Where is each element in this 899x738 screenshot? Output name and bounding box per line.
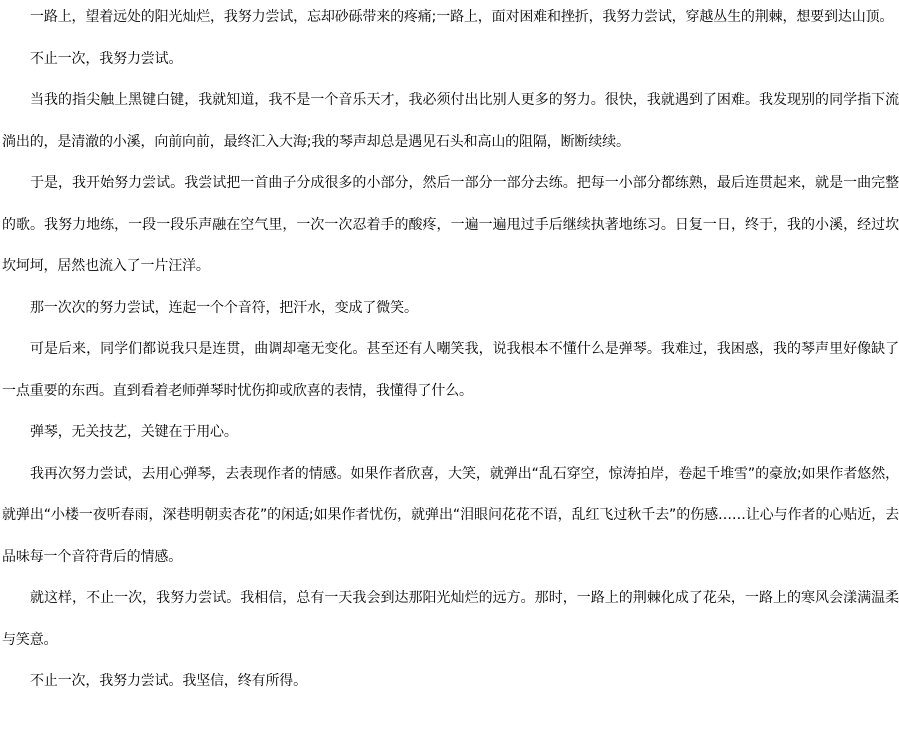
paragraph-4: 于是，我开始努力尝试。我尝试把一首曲子分成很多的小部分，然后一部分一部分去练。把… xyxy=(2,163,899,288)
paragraph-6: 可是后来，同学们都说我只是连贯，曲调却毫无变化。甚至还有人嘲笑我，说我根本不懂什… xyxy=(2,329,899,412)
paragraph-3: 当我的指尖触上黑键白键，我就知道，我不是一个音乐天才，我必须付出比别人更多的努力… xyxy=(2,80,899,163)
paragraph-9: 就这样，不止一次，我努力尝试。我相信，总有一天我会到达那阳光灿烂的远方。那时，一… xyxy=(2,578,899,661)
paragraph-10: 不止一次，我努力尝试。我坚信，终有所得。 xyxy=(2,661,899,703)
paragraph-1: 一路上，望着远处的阳光灿烂，我努力尝试，忘却砂砾带来的疼痛;一路上，面对困难和挫… xyxy=(2,0,899,39)
paragraph-7: 弹琴，无关技艺，关键在于用心。 xyxy=(2,412,899,454)
paragraph-5: 那一次次的努力尝试，连起一个个音符，把汗水，变成了微笑。 xyxy=(2,288,899,330)
paragraph-2: 不止一次，我努力尝试。 xyxy=(2,39,899,81)
essay-document: 一路上，望着远处的阳光灿烂，我努力尝试，忘却砂砾带来的疼痛;一路上，面对困难和挫… xyxy=(2,0,899,703)
paragraph-8: 我再次努力尝试，去用心弹琴，去表现作者的情感。如果作者欣喜，大笑，就弹出“乱石穿… xyxy=(2,454,899,579)
